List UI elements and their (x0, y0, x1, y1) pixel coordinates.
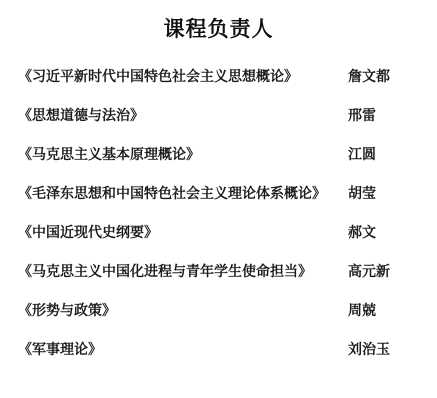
course-row: 《思想道德与法治》邢雷 (18, 108, 429, 126)
course-title: 《军事理论》 (18, 342, 348, 360)
course-leader-name: 江圆 (348, 147, 429, 165)
course-title: 《思想道德与法治》 (18, 108, 348, 126)
course-row: 《习近平新时代中国特色社会主义思想概论》詹文都 (18, 69, 429, 87)
course-row: 《马克思主义基本原理概论》江圆 (18, 147, 429, 165)
course-leader-name: 胡莹 (348, 186, 429, 204)
page-title: 课程负责人 (0, 0, 437, 42)
course-title: 《形势与政策》 (18, 303, 348, 321)
course-leader-list: 《习近平新时代中国特色社会主义思想概论》詹文都《思想道德与法治》邢雷《马克思主义… (0, 69, 437, 360)
document-page: 课程负责人 《习近平新时代中国特色社会主义思想概论》詹文都《思想道德与法治》邢雷… (0, 0, 437, 398)
course-row: 《毛泽东思想和中国特色社会主义理论体系概论》胡莹 (18, 186, 429, 204)
course-leader-name: 刘治玉 (348, 342, 429, 360)
course-leader-name: 周兢 (348, 303, 429, 321)
course-row: 《形势与政策》周兢 (18, 303, 429, 321)
course-title: 《马克思主义中国化进程与青年学生使命担当》 (18, 264, 348, 282)
course-leader-name: 詹文都 (348, 69, 429, 87)
course-leader-name: 郝文 (348, 225, 429, 243)
course-title: 《毛泽东思想和中国特色社会主义理论体系概论》 (18, 186, 348, 204)
course-row: 《军事理论》刘治玉 (18, 342, 429, 360)
course-title: 《马克思主义基本原理概论》 (18, 147, 348, 165)
course-title: 《习近平新时代中国特色社会主义思想概论》 (18, 69, 348, 87)
course-leader-name: 邢雷 (348, 108, 429, 126)
course-row: 《中国近现代史纲要》郝文 (18, 225, 429, 243)
course-row: 《马克思主义中国化进程与青年学生使命担当》高元新 (18, 264, 429, 282)
course-title: 《中国近现代史纲要》 (18, 225, 348, 243)
course-leader-name: 高元新 (348, 264, 429, 282)
